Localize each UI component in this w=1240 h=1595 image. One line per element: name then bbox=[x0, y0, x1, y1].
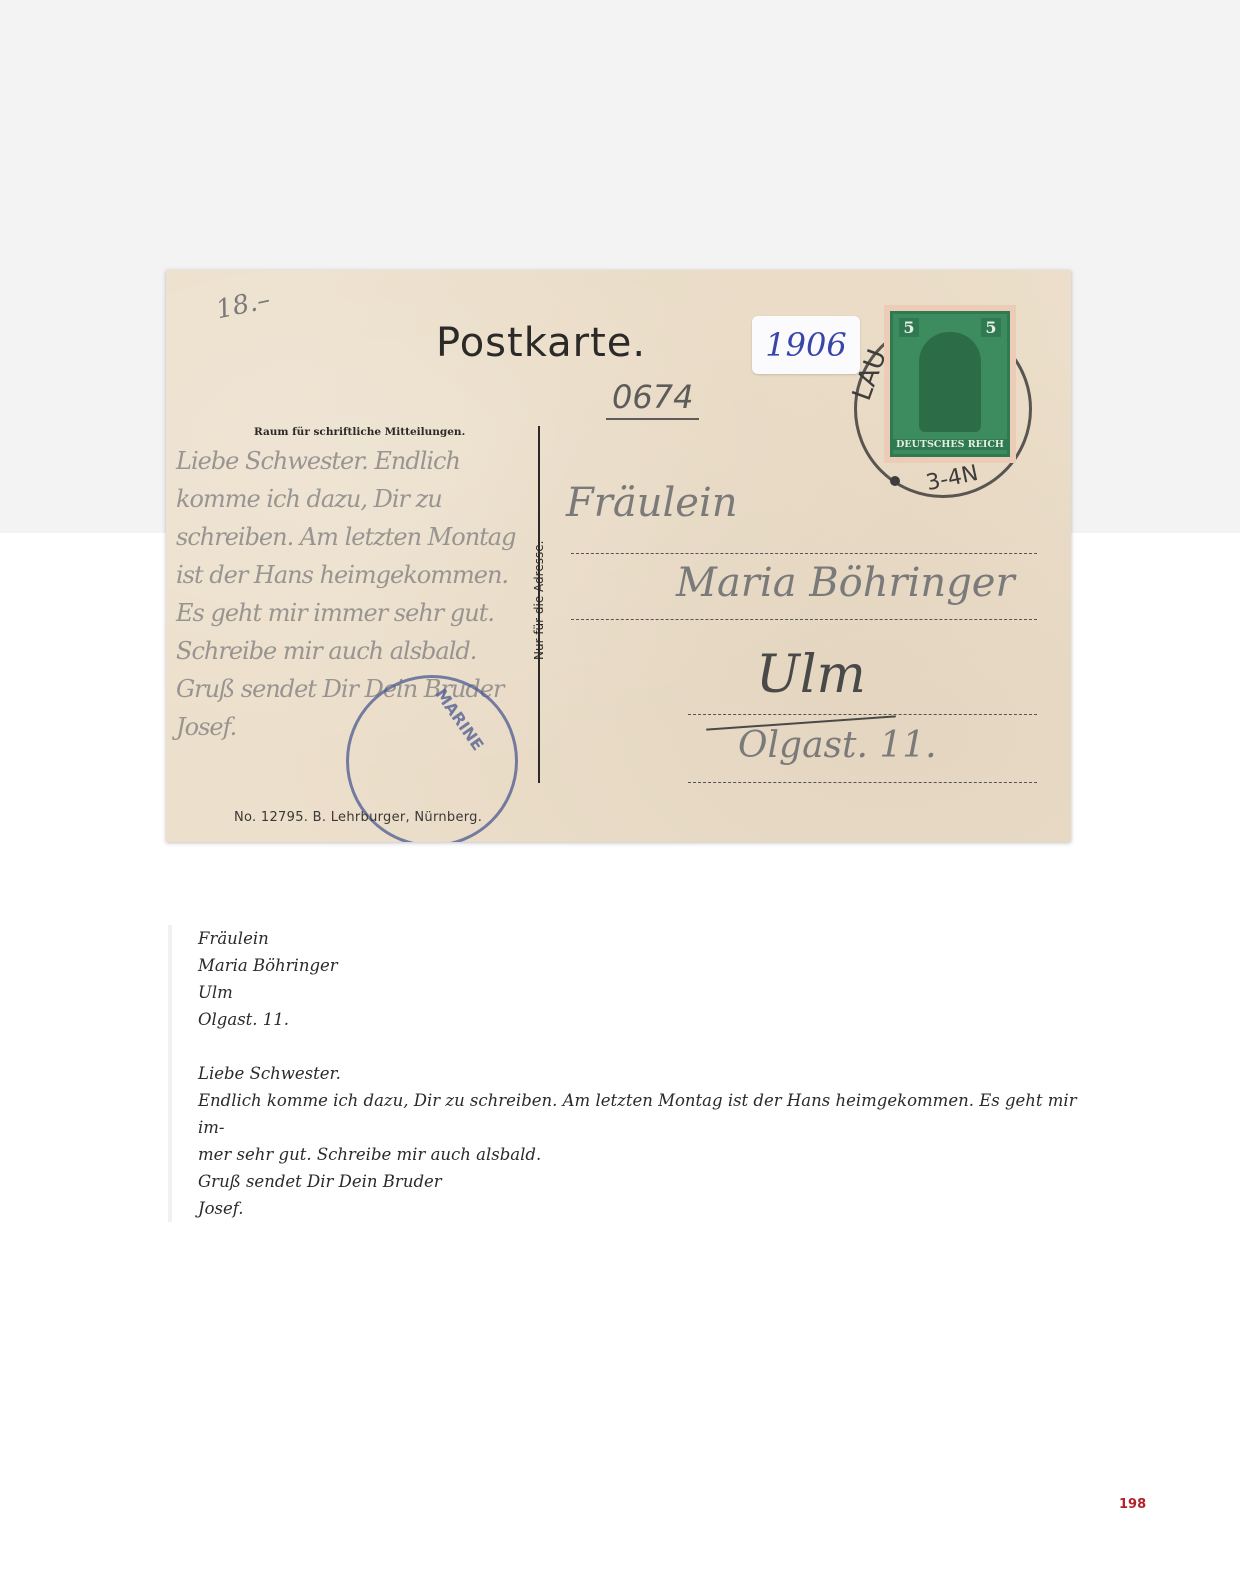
stamp-country: DEUTSCHES REICH bbox=[893, 439, 1007, 450]
transcription-message-line: Gruß sendet Dir Dein Bruder bbox=[198, 1168, 1108, 1195]
price-note: 18.– bbox=[213, 285, 272, 326]
postage-stamp: 5 5 DEUTSCHES REICH bbox=[884, 305, 1016, 463]
address-dotted-line bbox=[688, 782, 1037, 783]
transcription-block: Fräulein Maria Böhringer Ulm Olgast. 11.… bbox=[168, 925, 1108, 1222]
transcription-address-line: Maria Böhringer bbox=[198, 952, 1108, 979]
handwritten-address-line-2: Maria Böhringer bbox=[676, 560, 1015, 606]
spacer bbox=[198, 1033, 1108, 1060]
address-dotted-line bbox=[571, 553, 1037, 554]
transcription-address-line: Fräulein bbox=[198, 925, 1108, 952]
transcription-message-line: Liebe Schwester. bbox=[198, 1060, 1108, 1087]
handwritten-address-line-4: Olgast. 11. bbox=[738, 725, 937, 766]
transcription-address-line: Olgast. 11. bbox=[198, 1006, 1108, 1033]
page-number: 198 bbox=[1119, 1497, 1146, 1512]
address-only-label: Nur für die Adresse. bbox=[532, 541, 546, 660]
transcription-address-line: Ulm bbox=[198, 979, 1108, 1006]
handwritten-address-line-1: Fräulein bbox=[566, 480, 738, 526]
postcard-title: Postkarte. bbox=[436, 320, 646, 366]
stamp-face: 5 5 DEUTSCHES REICH bbox=[890, 311, 1010, 457]
postmark-dot bbox=[890, 476, 900, 486]
transcription-message-line: Josef. bbox=[198, 1195, 1108, 1222]
transcription-message-line: Endlich komme ich dazu, Dir zu schreiben… bbox=[198, 1087, 1108, 1141]
address-dotted-line bbox=[688, 714, 1037, 715]
publisher-line: No. 12795. B. Lehrburger, Nürnberg. bbox=[234, 810, 482, 825]
transcription-message-line: mer sehr gut. Schreibe mir auch alsbald. bbox=[198, 1141, 1108, 1168]
message-area-heading: Raum für schriftliche Mitteilungen. bbox=[254, 426, 465, 438]
year-sticker: 1906 bbox=[752, 316, 860, 374]
handwritten-address-line-3: Ulm bbox=[756, 645, 866, 705]
postcard-image: 18.– Postkarte. 1906 0674 LAU 3-4N 5 5 D… bbox=[166, 270, 1071, 842]
stamp-value-right: 5 bbox=[981, 318, 1001, 337]
address-dotted-line bbox=[571, 619, 1037, 620]
stamp-value-left: 5 bbox=[899, 318, 919, 337]
catalog-number: 0674 bbox=[606, 378, 699, 420]
germania-figure-icon bbox=[919, 332, 981, 432]
